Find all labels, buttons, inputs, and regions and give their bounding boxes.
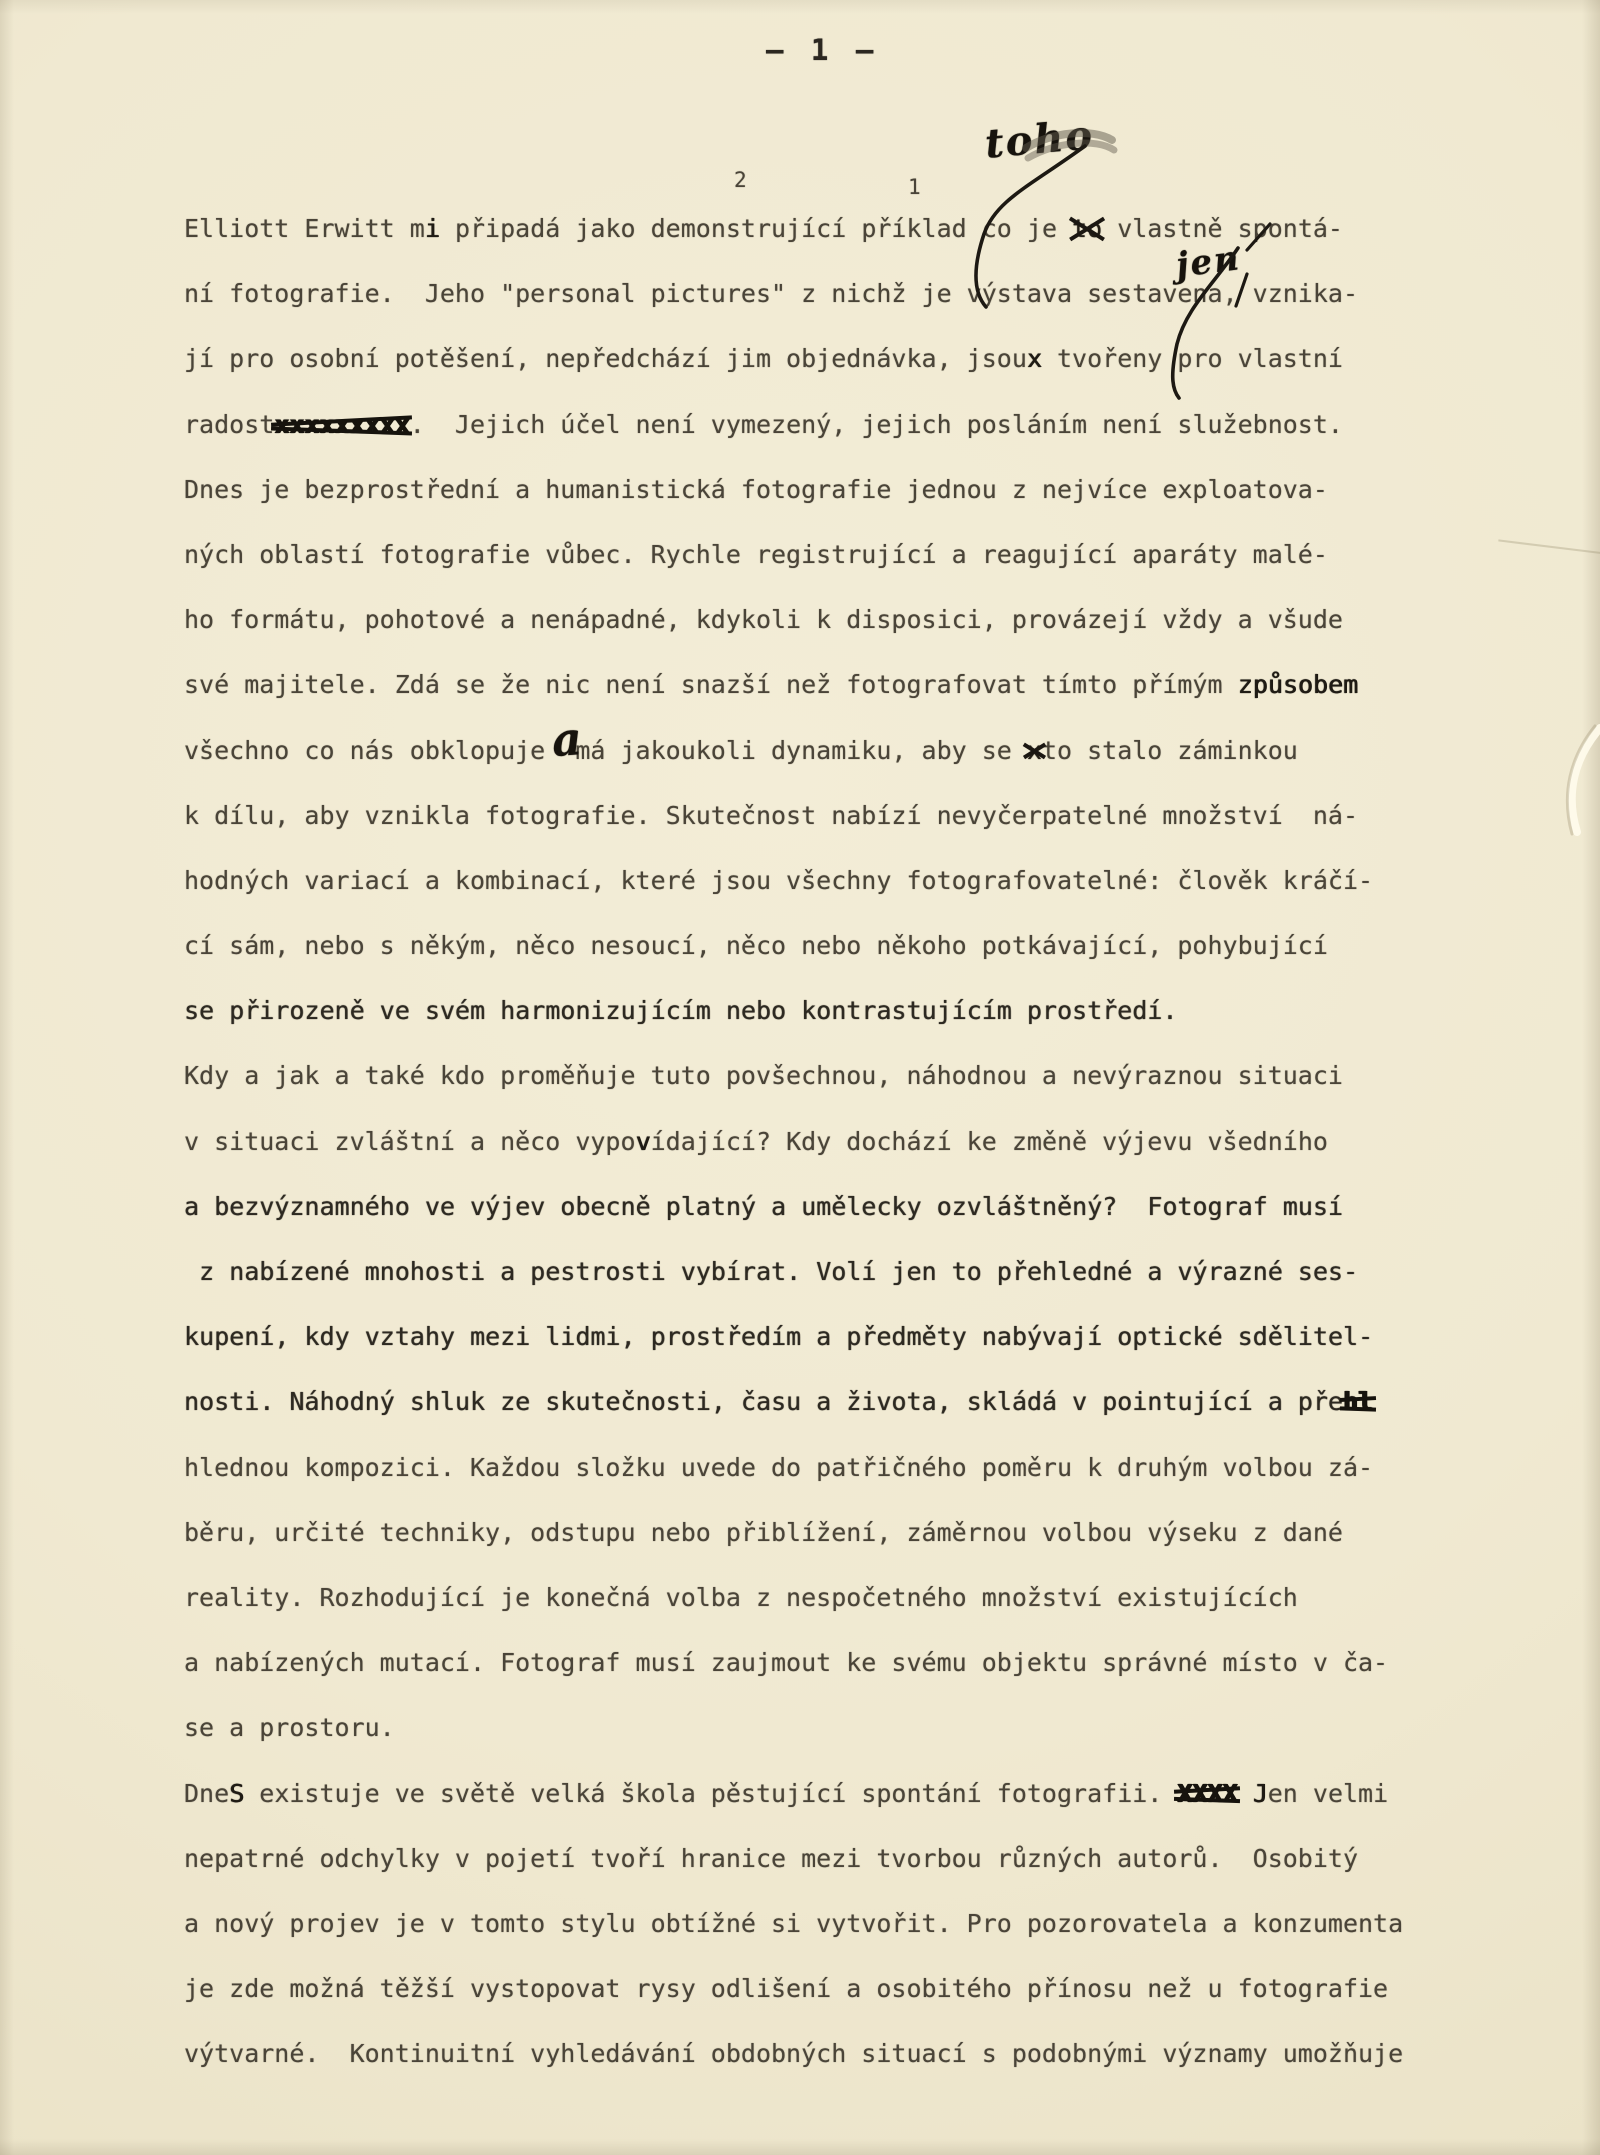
typed-text: hlednou kompozici. Každou složku uvede d… [184,1453,1373,1482]
typed-text: Elliott Erwitt m [184,214,425,243]
text-line: běru, určité techniky, odstupu nebo přib… [184,1500,1564,1565]
crossed-out-text: x [1027,718,1042,783]
typed-text: výtvarné. Kontinuitní vyhledávání obdobn… [184,2039,1403,2068]
typed-text: a nový projev je v tomto stylu obtížné s… [184,1909,1403,1938]
typed-text: a nabízených mutací. Fotograf musí zaujm… [184,1648,1388,1677]
typed-text: J [1253,1779,1268,1808]
text-line: ných oblastí fotografie vůbec. Rychle re… [184,522,1564,587]
text-line: a nabízených mutací. Fotograf musí zaujm… [184,1630,1564,1695]
struck-out-text: xxxxxxxxx [274,392,409,457]
text-line: své majitele. Zdá se že nic není snazší … [184,652,1564,717]
typed-text: ídající? Kdy dochází ke změně výjevu vše… [651,1127,1328,1156]
scanned-typescript-page: – 1 – Elliott Erwitt mi připadá jako dem… [0,0,1600,2155]
pencil-smudge [1028,143,1114,158]
handwritten-insertion-toho: toho [983,111,1096,167]
struck-out-text: hl [1343,1369,1373,1434]
paper-fold-highlight [1572,728,1600,832]
typed-text: reality. Rozhodující je konečná volba z … [184,1583,1298,1612]
text-line: nepatrné odchylky v pojetí tvoří hranice… [184,1826,1564,1891]
typed-text: nepatrné odchylky v pojetí tvoří hranice… [184,1844,1358,1873]
text-line: kupení, kdy vztahy mezi lidmi, prostředí… [184,1304,1564,1369]
typed-text: a bezvýznamného ve výjev obecně platný a… [184,1192,1343,1221]
paper-fold-shadow [1567,726,1595,834]
typed-text: ho formátu, pohotové a nenápadné, kdykol… [184,605,1343,634]
text-line: Dnes je bezprostřední a humanistická fot… [184,457,1564,522]
text-line: se přirozeně ve svém harmonizujícím nebo… [184,978,1564,1043]
text-line: ní fotografie. Jeho "personal pictures" … [184,261,1564,326]
typescript-body: Elliott Erwitt mi připadá jako demonstru… [184,196,1564,2086]
typed-text: běru, určité techniky, odstupu nebo přib… [184,1518,1343,1547]
typed-text: x [1027,344,1042,373]
typed-text: nosti. Náhodný shluk ze skutečnosti, čas… [184,1387,1343,1416]
typed-text: v [636,1127,651,1156]
typed-text: S [229,1779,244,1808]
page-number: – 1 – [766,33,878,67]
text-line: nosti. Náhodný shluk ze skutečnosti, čas… [184,1369,1564,1434]
text-line: a nový projev je v tomto stylu obtížné s… [184,1891,1564,1956]
typed-text: v situaci zvláštní a něco vypo [184,1127,636,1156]
text-line: hodných variací a kombinací, které jsou … [184,848,1564,913]
struck-out-text: XXXX [1177,1761,1237,1826]
text-line: k dílu, aby vznikla fotografie. Skutečno… [184,783,1564,848]
typed-text: kupení, kdy vztahy mezi lidmi, prostředí… [184,1322,1373,1351]
typed-text: Kdy a jak a také kdo proměňuje tuto povš… [184,1061,1343,1090]
text-line: DneS existuje ve světě velká škola pěstu… [184,1761,1564,1826]
text-line: výtvarné. Kontinuitní vyhledávání obdobn… [184,2021,1564,2086]
typed-text: hodných variací a kombinací, které jsou … [184,866,1373,895]
text-line: hlednou kompozici. Každou složku uvede d… [184,1435,1564,1500]
text-line: v situaci zvláštní a něco vypovídající? … [184,1109,1564,1174]
typed-text: připadá jako demonstrující příklad co je [440,214,1072,243]
text-line: cí sám, nebo s někým, něco nesoucí, něco… [184,913,1564,978]
typed-text: . Jejich účel není vymezený, jejich posl… [410,410,1343,439]
text-line: Elliott Erwitt mi připadá jako demonstru… [184,196,1564,261]
typed-text: existuje ve světě velká škola pěstující … [244,1779,1177,1808]
typed-text: radost [184,410,274,439]
text-line: z nabízené mnohosti a pestrosti vybírat.… [184,1239,1564,1304]
typed-text: ných oblastí fotografie vůbec. Rychle re… [184,540,1328,569]
text-line: jí pro osobní potěšení, nepředchází jim … [184,326,1564,391]
text-line: Kdy a jak a také kdo proměňuje tuto povš… [184,1043,1564,1108]
text-line: je zde možná těžší vystopovat rysy odliš… [184,1956,1564,2021]
text-line: radostxxxxxxxxx. Jejich účel není vymeze… [184,392,1564,457]
text-line: reality. Rozhodující je konečná volba z … [184,1565,1564,1630]
text-line: všechno co nás obklopuje má jakoukoli dy… [184,718,1564,783]
text-line: ho formátu, pohotové a nenápadné, kdykol… [184,587,1564,652]
typed-text: Dne [184,1779,229,1808]
crossed-out-text: to [1072,196,1102,261]
typed-text: vlastně spontá- [1102,214,1343,243]
typed-text: se přirozeně ve svém harmonizujícím nebo… [184,996,1177,1025]
text-line: se a prostoru. [184,1695,1564,1760]
typed-text: en velmi [1268,1779,1388,1808]
typed-text: způsobem [1238,670,1358,699]
typed-text: tvořeny pro vlastní [1042,344,1343,373]
typed-text: to stalo záminkou [1042,736,1298,765]
typed-text: z nabízené mnohosti a pestrosti vybírat.… [184,1257,1358,1286]
pencil-smudge [1026,133,1112,148]
typed-text: je zde možná těžší vystopovat rysy odliš… [184,1974,1388,2003]
text-line: a bezvýznamného ve výjev obecně platný a… [184,1174,1564,1239]
typed-text: i [425,214,440,243]
typed-text: se a prostoru. [184,1713,395,1742]
typed-text: cí sám, nebo s někým, něco nesoucí, něco… [184,931,1328,960]
typed-text: Dnes je bezprostřední a humanistická fot… [184,475,1328,504]
typed-text: jí pro osobní potěšení, nepředchází jim … [184,344,1027,373]
word-order-number-2: 2 [734,168,747,192]
typed-text: své majitele. Zdá se že nic není snazší … [184,670,1238,699]
typed-text: ní fotografie. Jeho "personal pictures" … [184,279,1358,308]
typed-text: všechno co nás obklopuje má jakoukoli dy… [184,736,1027,765]
typed-text: k dílu, aby vznikla fotografie. Skutečno… [184,801,1358,830]
